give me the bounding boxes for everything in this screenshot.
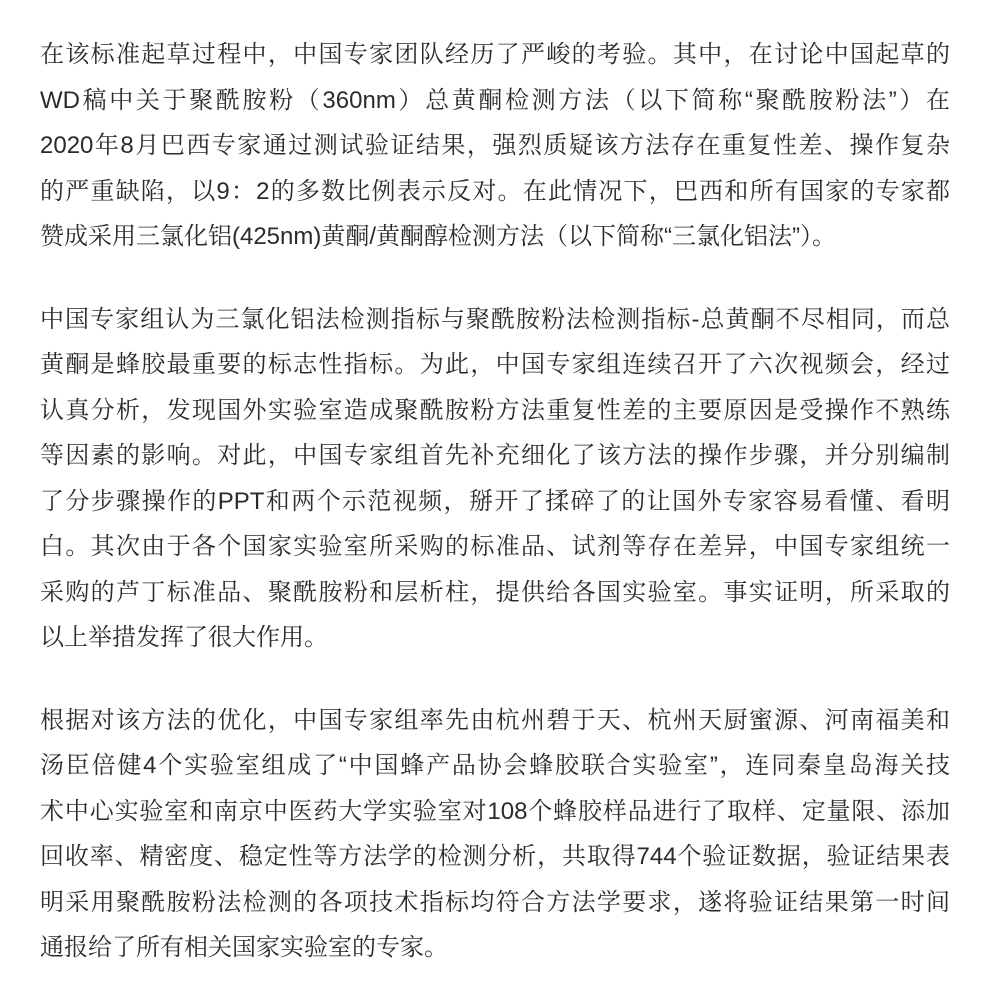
text-line: 通报给了所有相关国家实验室的专家。 <box>40 925 950 971</box>
text-line: 明采用聚酰胺粉法检测的各项技术指标均符合方法学要求，遂将验证结果第一时间 <box>40 880 950 926</box>
text-line: 根据对该方法的优化，中国专家组率先由杭州碧于天、杭州天厨蜜源、河南福美和 <box>40 698 950 744</box>
text-line: 黄酮是蜂胶最重要的标志性指标。为此，中国专家组连续召开了六次视频会，经过 <box>40 342 950 388</box>
text-line: 汤臣倍健4个实验室组成了“中国蜂产品协会蜂胶联合实验室”，连同秦皇岛海关技 <box>40 743 950 789</box>
article-body: 在该标准起草过程中，中国专家团队经历了严峻的考验。其中，在讨论中国起草的WD稿中… <box>0 0 991 997</box>
text-line: WD稿中关于聚酰胺粉（360nm）总黄酮检测方法（以下简称“聚酰胺粉法”）在 <box>40 78 950 124</box>
paragraph: 根据对该方法的优化，中国专家组率先由杭州碧于天、杭州天厨蜜源、河南福美和汤臣倍健… <box>40 698 950 971</box>
text-line: 白。其次由于各个国家实验室所采购的标准品、试剂等存在差异，中国专家组统一 <box>40 524 950 570</box>
text-line: 等因素的影响。对此，中国专家组首先补充细化了该方法的操作步骤，并分别编制 <box>40 433 950 479</box>
text-line: 以上举措发挥了很大作用。 <box>40 615 950 661</box>
paragraph: 在该标准起草过程中，中国专家团队经历了严峻的考验。其中，在讨论中国起草的WD稿中… <box>40 32 950 260</box>
text-line: 赞成采用三氯化铝(425nm)黄酮/黄酮醇检测方法（以下简称“三氯化铝法”）。 <box>40 214 950 260</box>
text-line: 回收率、精密度、稳定性等方法学的检测分析，共取得744个验证数据，验证结果表 <box>40 834 950 880</box>
text-line: 术中心实验室和南京中医药大学实验室对108个蜂胶样品进行了取样、定量限、添加 <box>40 789 950 835</box>
text-line: 在该标准起草过程中，中国专家团队经历了严峻的考验。其中，在讨论中国起草的 <box>40 32 950 78</box>
text-line: 认真分析，发现国外实验室造成聚酰胺粉方法重复性差的主要原因是受操作不熟练 <box>40 388 950 434</box>
text-line: 了分步骤操作的PPT和两个示范视频，掰开了揉碎了的让国外专家容易看懂、看明 <box>40 479 950 525</box>
text-line: 采购的芦丁标准品、聚酰胺粉和层析柱，提供给各国实验室。事实证明，所采取的 <box>40 570 950 616</box>
text-line: 的严重缺陷，以9：2的多数比例表示反对。在此情况下，巴西和所有国家的专家都 <box>40 169 950 215</box>
paragraph: 中国专家组认为三氯化铝法检测指标与聚酰胺粉法检测指标-总黄酮不尽相同，而总黄酮是… <box>40 297 950 661</box>
text-line: 中国专家组认为三氯化铝法检测指标与聚酰胺粉法检测指标-总黄酮不尽相同，而总 <box>40 297 950 343</box>
text-line: 2020年8月巴西专家通过测试验证结果，强烈质疑该方法存在重复性差、操作复杂 <box>40 123 950 169</box>
